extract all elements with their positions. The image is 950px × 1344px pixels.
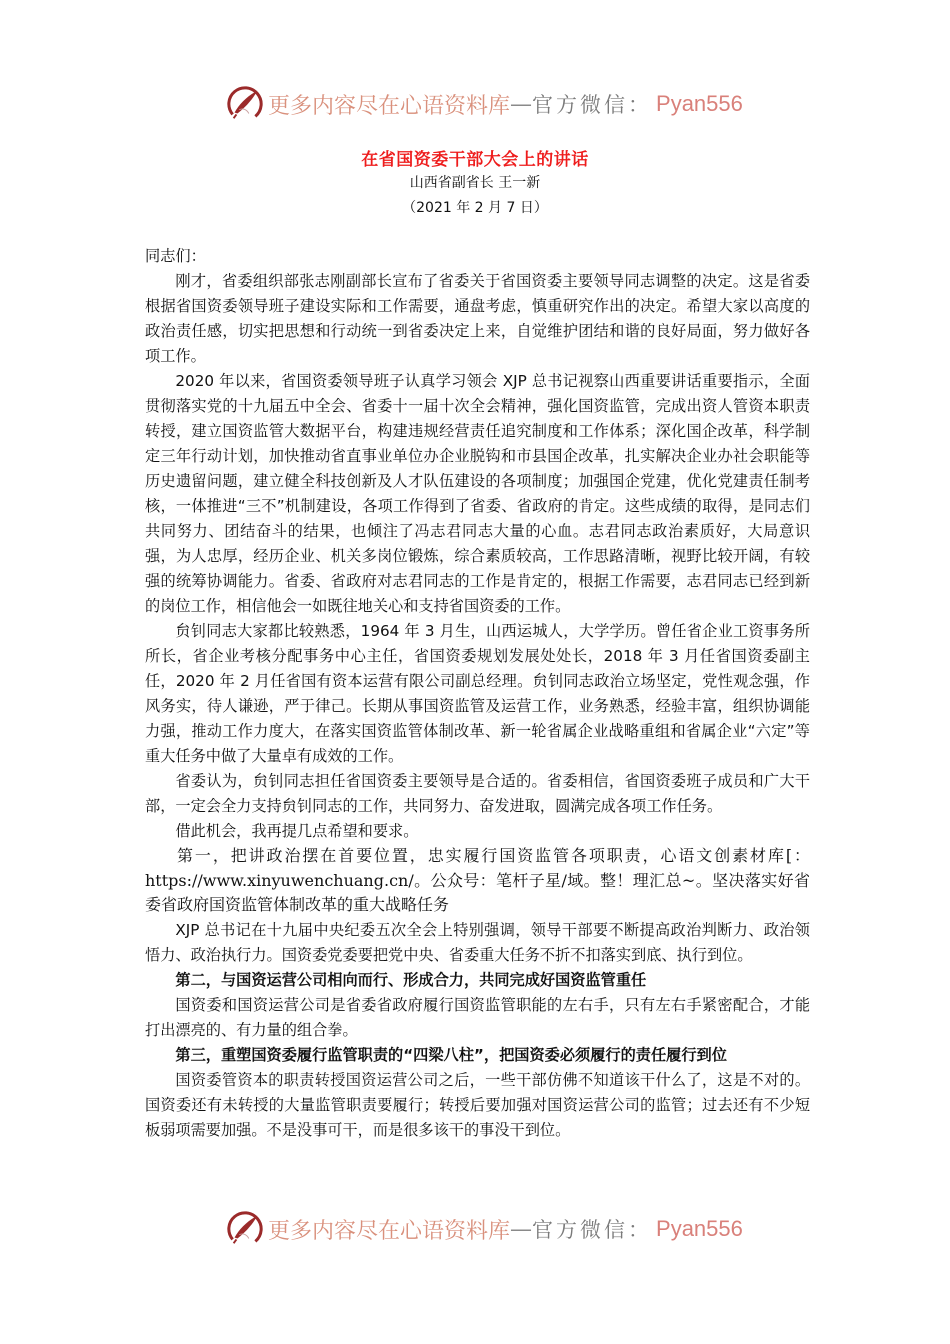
watermark-wechat-id: Pyan556 [656, 91, 743, 117]
paragraph: XJP 总书记在十九届中央纪委五次全会上特别强调，领导干部要不断提高政治判断力、… [145, 918, 810, 968]
paragraph: 贠钊同志大家都比较熟悉，1964 年 3 月生，山西运城人，大学学历。曾任省企业… [145, 619, 810, 769]
quill-pen-icon [226, 1210, 264, 1248]
quill-pen-icon [226, 85, 264, 123]
paragraph: 刚才，省委组织部张志刚副部长宣布了省委关于省国资委主要领导同志调整的决定。这是省… [145, 269, 810, 369]
paragraph: 2020 年以来，省国资委领导班子认真学习领会 XJP 总书记视察山西重要讲话重… [145, 369, 810, 619]
watermark-main-text: 更多内容尽在心语资料库 [268, 89, 510, 120]
section-heading-first: 第一，把讲政治摆在首要位置，忠实履行国资监管各项职责，心语文创素材库[：http… [145, 844, 810, 918]
paragraph: 省委认为，贠钊同志担任省国资委主要领导是合适的。省委相信，省国资委班子成员和广大… [145, 769, 810, 819]
footer-watermark: 更多内容尽在心语资料库 — 官方微信： Pyan556 [226, 1207, 743, 1251]
watermark-wechat-label: 官方微信： [532, 1214, 652, 1244]
paragraph: 国资委管资本的职责转授国资运营公司之后，一些干部仿佛不知道该干什么了，这是不对的… [145, 1068, 810, 1143]
document-title: 在省国资委干部大会上的讲话 [0, 145, 950, 170]
header-watermark: 更多内容尽在心语资料库 — 官方微信： Pyan556 [226, 82, 743, 126]
document-author: 山西省副省长 王一新 [0, 172, 950, 192]
watermark-dash: — [510, 92, 532, 117]
watermark-wechat-id: Pyan556 [656, 1216, 743, 1242]
document-date: （2021 年 2 月 7 日） [0, 197, 950, 217]
watermark-main-text: 更多内容尽在心语资料库 [268, 1214, 510, 1245]
watermark-wechat-label: 官方微信： [532, 89, 652, 119]
salutation: 同志们： [145, 244, 810, 269]
document-body: 同志们： 刚才，省委组织部张志刚副部长宣布了省委关于省国资委主要领导同志调整的决… [145, 244, 810, 1143]
paragraph: 国资委和国资运营公司是省委省政府履行国资监管职能的左右手，只有左右手紧密配合，才… [145, 993, 810, 1043]
paragraph: 借此机会，我再提几点希望和要求。 [145, 819, 810, 844]
watermark-dash: — [510, 1217, 532, 1242]
section-heading-second: 第二，与国资运营公司相向而行、形成合力，共同完成好国资监管重任 [145, 968, 810, 993]
section-heading-third: 第三，重塑国资委履行监管职责的“四梁八柱”，把国资委必须履行的责任履行到位 [145, 1043, 810, 1068]
